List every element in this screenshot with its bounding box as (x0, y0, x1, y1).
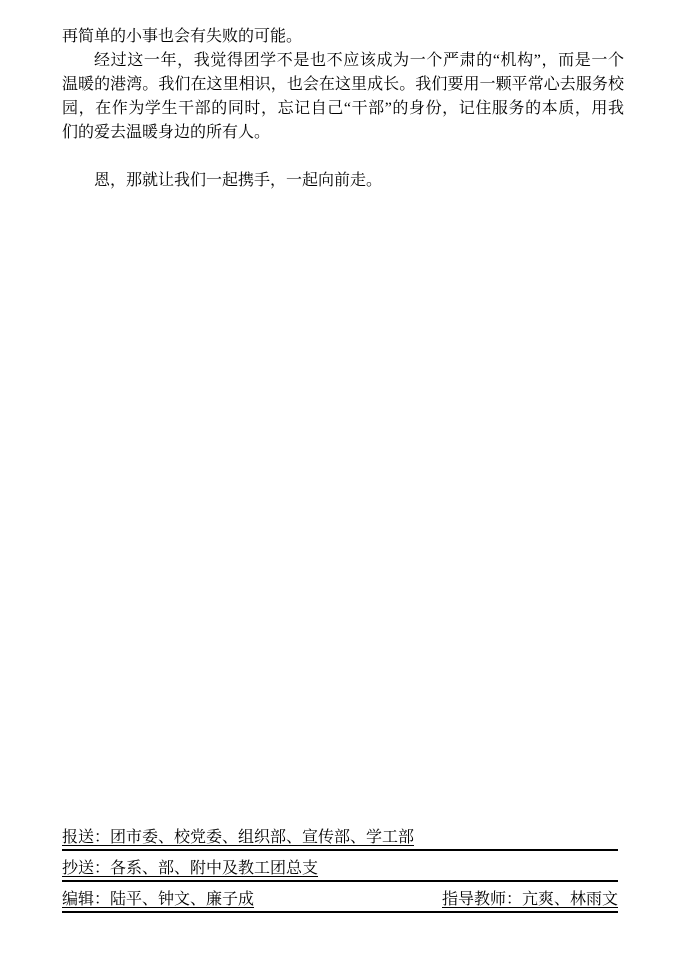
advisor-line-text: 指导教师：亢爽、林雨文 (442, 890, 618, 910)
document-page: 再简单的小事也会有失败的可能。 经过这一年，我觉得团学不是也不应该成为一个严肃的… (0, 0, 686, 956)
copy-line-text: 抄送：各系、部、附中及教工团总支 (62, 859, 318, 879)
editor-line-text: 编辑：陆平、钟文、廉子成 (62, 890, 254, 910)
body-line-3: 温暖的港湾。我们在这里相识，也会在这里成长。我们要用一颗平常心去服务校 (62, 73, 624, 97)
body-line-2: 经过这一年，我觉得团学不是也不应该成为一个严肃的“机构”，而是一个 (62, 49, 624, 73)
body-line-1: 再简单的小事也会有失败的可能。 (62, 25, 624, 49)
report-line-text: 报送：团市委、校党委、组织部、宣传部、学工部 (62, 828, 414, 848)
body-line-4: 园，在作为学生干部的同时，忘记自己“干部”的身份，记住服务的本质，用我 (62, 97, 624, 121)
body-line-6: 恩，那就让我们一起携手，一起向前走。 (62, 169, 624, 193)
distribution-footer: 报送：团市委、校党委、组织部、宣传部、学工部 抄送：各系、部、附中及教工团总支 … (62, 820, 618, 913)
copy-row: 抄送：各系、部、附中及教工团总支 (62, 851, 618, 882)
report-row: 报送：团市委、校党委、组织部、宣传部、学工部 (62, 820, 618, 851)
body-text: 再简单的小事也会有失败的可能。 经过这一年，我觉得团学不是也不应该成为一个严肃的… (62, 25, 624, 193)
blank-line (62, 145, 624, 169)
editor-row: 编辑：陆平、钟文、廉子成 指导教师：亢爽、林雨文 (62, 882, 618, 913)
body-line-5: 们的爱去温暖身边的所有人。 (62, 121, 624, 145)
